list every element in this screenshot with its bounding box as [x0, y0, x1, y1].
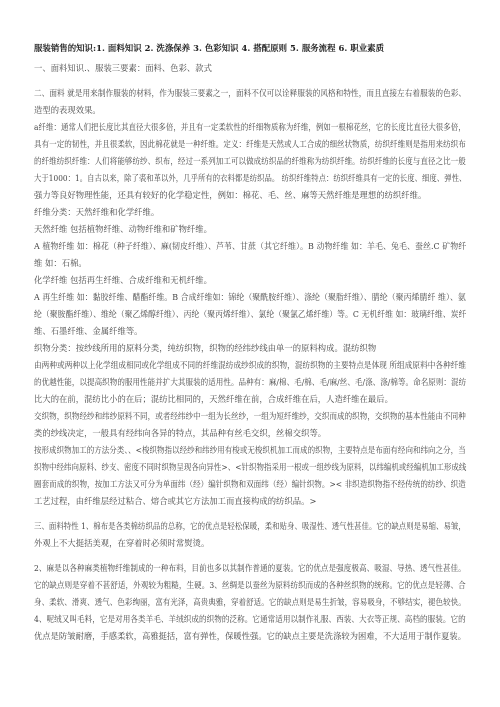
text-line: 的优越性能，以提高织物的服用性能并扩大其服装的适用性。品种有：麻/棉、毛/棉、毛… [34, 377, 466, 388]
document-title: 服装销售的知识:1. 面料知识 2. 洗涤保养 3. 色彩知识 4. 搭配原则 … [34, 43, 384, 54]
text-line: 身、柔软、滑爽、透气、色彩绚丽，富有光泽，高贵典雅，穿着舒适。它的缺点则是易生折… [34, 597, 466, 608]
text-line: 化学纤维 包括再生纤维、合成纤维和无机纤维。 [34, 275, 212, 286]
text-line: 工艺过程，由纤维层经过粘合、熔合或其它方法加工而直接构成的纺织品。> [34, 496, 316, 507]
text-line: 4、呢绒又叫毛料，它是对用各类羊毛、羊绒织成的织物的泛称。它通常适用以制作礼服、… [34, 614, 466, 625]
text-line: 优点是防皱耐磨，手感柔软，高雅挺括，富有弹性，保暖性强。它的缺点主要是洗涤较为困… [34, 631, 466, 642]
text-line: 它的缺点则是穿着不甚舒适，外观较为粗糙，生硬。3、丝绸是以蚕丝为原料纺织而成的各… [34, 580, 466, 591]
text-line: 比大的在前，混纺比小的在后；混纺比相同的，天然纤维在前，合成纤维在后，人造纤维在… [34, 394, 393, 405]
text-line: 外观上不大挺括美观，在穿着时必须时常熨烫。 [34, 538, 209, 549]
text-line: A 植物纤维 如：棉花（种子纤维）、麻(韧皮纤维）、芦苇、甘蔗（其它纤维）。B … [34, 241, 466, 252]
text-line: 天然纤维 包括植物纤维、动物纤维和矿物纤维。 [34, 224, 212, 235]
text-line: 类的纱线决定，一般具有经纬向各异的特点，其品种有丝毛交织，丝棉交织等。 [34, 428, 326, 439]
text-line: 织物中经纬向原料、纱支、密度不同时织物呈现各向异性>、<针织物指采用一根或一组纱… [34, 462, 466, 473]
text-line: 的纤维纺织纤维：人们将能够纺纱、织布，经过一系列加工可以做成纺织品的纤维称为纺织… [34, 156, 466, 167]
text-line: 二、面料 就是用来制作服装的材料，作为服装三要素之一，面料不仅可以诠释服装的风格… [34, 88, 466, 99]
text-line: 大于1000：1。自古以来，除了裘和革以外，几乎所有的衣料都是纺织品。 纺织纤维… [34, 173, 466, 184]
text-line: 2、麻是以各种麻类植物纤维制成的一种布料，目前也多以其制作普通的夏装。它的优点是… [34, 563, 466, 574]
text-line: 按形成织物加工的方法分类、、<梭织物指以经纱和纬纱用有梭或无梭织机加工而成的织物… [34, 445, 466, 456]
text-line: 一、面料知识.、服装三要素：面料、色彩、款式 [34, 63, 212, 74]
text-line: 由两种或两种以上化学组成相同或化学组成不同的纤维混纺成纱织成的织物，混纺织物的主… [34, 360, 466, 371]
text-line: 纤维分类：天然纤维和化学纤维。 [34, 207, 159, 218]
text-line: 造型的表现效果。 [34, 105, 101, 116]
text-line: 三、面料特性 1、棉布是各类棉纺织品的总称，它的优点是轻松保暖，柔和贴身、吸湿性… [34, 521, 466, 532]
text-line: 圈套而成的织物，按加工方法又可分为单面纬（经）编针织物和双面纬（经）编针织物。>… [34, 479, 466, 490]
text-line: a纤维：通常人们把长度比其直径大很多倍，并且有一定柔软性的纤细物质称为纤维，例如… [34, 122, 466, 133]
text-line: 具有一定的韧性，并且很柔软，因此棉花就是一种纤维。定义：纤维是天然或人工合成的细… [34, 139, 466, 150]
text-line: 维、石墨纤维、金属纤维等。 [34, 326, 143, 337]
text-line: 强力等良好物理性能，还具有较好的化学稳定性，例如：棉花、毛、丝、麻等天然纤维是理… [34, 190, 426, 201]
text-line: 交织物，织物经纱和纬纱原料不同，或者经纬纱中一组为长丝纱，一组为短纤维纱，交织而… [34, 411, 466, 422]
text-line: 纶（聚胺酯纤维）、维纶（聚乙烯醇纤维）、丙纶（聚丙烯纤维）、氯纶（聚氯乙烯纤维）… [34, 309, 466, 320]
text-line: 织物分类：按纱线所用的原料分类，纯纺织物，织物的经纬纱线由单一的原料构成。混纺织… [34, 343, 376, 354]
text-line: 维 如：石棉。 [34, 258, 87, 269]
text-line: A 再生纤维 如：黏胶纤维、醋酯纤维。B 合成纤维如：锦纶（聚酰胺纤维）、涤纶（… [34, 292, 466, 303]
